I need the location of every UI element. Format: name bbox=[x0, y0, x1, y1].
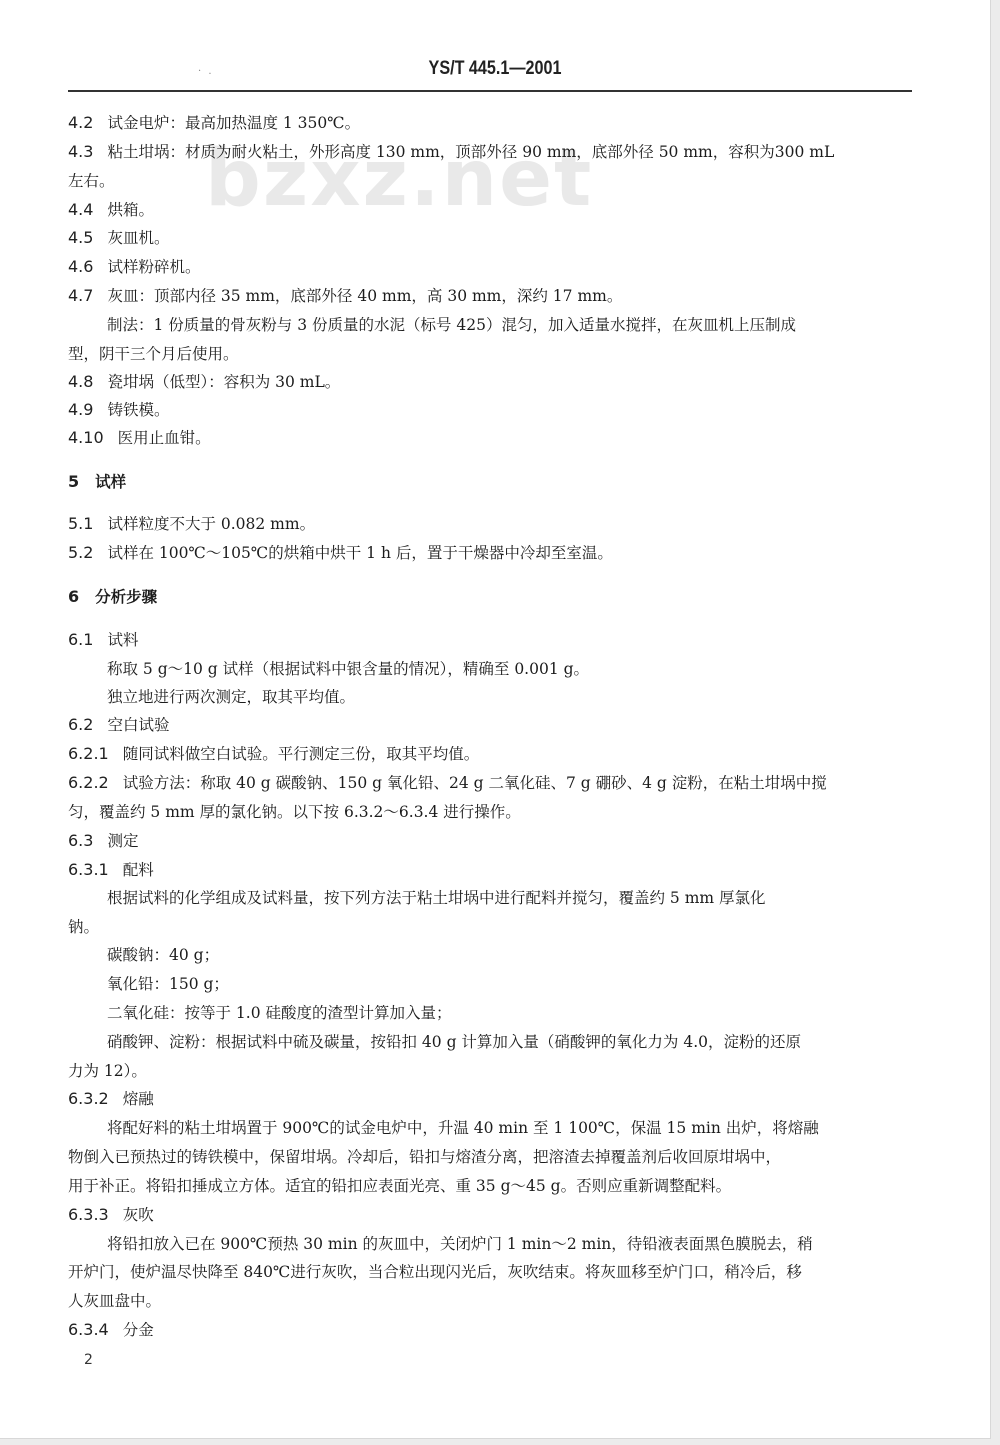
clause-line: 4.7灰皿：顶部内径 35 mm，底部外径 40 mm，高 30 mm，深约 1… bbox=[68, 286, 622, 306]
clause-text: 灰皿：顶部内径 35 mm，底部外径 40 mm，高 30 mm，深约 17 m… bbox=[107, 287, 622, 305]
clause-number: 4.3 bbox=[68, 142, 93, 162]
document-page: · . YS/T 445.1—2001 bzxz.net 4.2试金电炉：最高加… bbox=[0, 0, 991, 1439]
clause-text: 试样在 100℃～105℃的烘箱中烘干 1 h 后，置于干燥器中冷却至室温。 bbox=[107, 544, 612, 562]
clause-text: 根据试料的化学组成及试料量，按下列方法于粘土坩埚中进行配料并搅匀，覆盖约 5 m… bbox=[107, 889, 766, 907]
text-line: 根据试料的化学组成及试料量，按下列方法于粘土坩埚中进行配料并搅匀，覆盖约 5 m… bbox=[107, 888, 766, 908]
clause-text: 硝酸钾、淀粉：根据试料中硫及碳量，按铅扣 40 g 计算加入量（硝酸钾的氧化力为… bbox=[107, 1033, 801, 1051]
clause-line: 4.8瓷坩埚（低型）：容积为 30 mL。 bbox=[68, 372, 340, 392]
clause-line: 6.3.4分金 bbox=[68, 1320, 154, 1340]
section-heading: 5试样 bbox=[68, 472, 126, 492]
standard-code-header: YS/T 445.1—2001 bbox=[74, 58, 916, 80]
clause-text: 制法：1 份质量的骨灰粉与 3 份质量的水泥（标号 425）混匀，加入适量水搅拌… bbox=[107, 316, 796, 334]
text-line: 碳酸钠：40 g； bbox=[107, 945, 219, 965]
clause-text: 独立地进行两次测定，取其平均值。 bbox=[107, 688, 355, 706]
clause-text: 试样粉碎机。 bbox=[107, 258, 200, 276]
clause-text: 粘土坩埚：材质为耐火粘土，外形高度 130 mm，顶部外径 90 mm，底部外径… bbox=[107, 143, 834, 161]
clause-line: 4.5灰皿机。 bbox=[68, 228, 169, 248]
text-line: 用于补正。将铅扣捶成立方体。适宜的铅扣应表面光亮、重 35 g～45 g。否则应… bbox=[68, 1176, 731, 1196]
clause-number: 6.3.1 bbox=[68, 860, 109, 880]
clause-text: 配料 bbox=[123, 861, 154, 879]
clause-text: 人灰皿盘中。 bbox=[68, 1292, 161, 1310]
clause-text: 氧化铅：150 g； bbox=[107, 975, 229, 993]
clause-number: 4.9 bbox=[68, 400, 93, 420]
clause-text: 熔融 bbox=[123, 1090, 154, 1108]
clause-text: 瓷坩埚（低型）：容积为 30 mL。 bbox=[107, 373, 340, 391]
text-line: 左右。 bbox=[68, 171, 115, 191]
text-line: 二氧化硅：按等于 1.0 硅酸度的渣型计算加入量； bbox=[107, 1003, 452, 1023]
clause-number: 6 bbox=[68, 587, 79, 607]
clause-number: 4.2 bbox=[68, 113, 93, 133]
text-line: 匀，覆盖约 5 mm 厚的氯化钠。以下按 6.3.2～6.3.4 进行操作。 bbox=[68, 802, 521, 822]
text-line: 制法：1 份质量的骨灰粉与 3 份质量的水泥（标号 425）混匀，加入适量水搅拌… bbox=[107, 315, 796, 335]
clause-line: 6.3.2熔融 bbox=[68, 1089, 154, 1109]
clause-number: 6.3.2 bbox=[68, 1089, 109, 1109]
clause-text: 铸铁模。 bbox=[107, 401, 169, 419]
text-line: 将铅扣放入已在 900℃预热 30 min 的灰皿中，关闭炉门 1 min～2 … bbox=[107, 1234, 813, 1254]
clause-text: 灰皿机。 bbox=[107, 229, 169, 247]
clause-line: 4.10医用止血钳。 bbox=[68, 428, 211, 448]
clause-text: 测定 bbox=[107, 832, 138, 850]
clause-text: 称取 5 g～10 g 试样（根据试料中银含量的情况），精确至 0.001 g。 bbox=[107, 660, 589, 678]
clause-text: 试金电炉：最高加热温度 1 350℃。 bbox=[107, 114, 360, 132]
clause-number: 5.2 bbox=[68, 543, 93, 563]
clause-number: 5.1 bbox=[68, 514, 93, 534]
section-heading: 6分析步骤 bbox=[68, 587, 157, 607]
clause-text: 试样 bbox=[95, 473, 126, 491]
page-number: 2 bbox=[84, 1352, 93, 1368]
clause-text: 钠。 bbox=[68, 918, 99, 936]
clause-line: 4.2试金电炉：最高加热温度 1 350℃。 bbox=[68, 113, 360, 133]
text-line: 物倒入已预热过的铸铁模中，保留坩埚。冷却后，铅扣与熔渣分离，把溶渣去掉覆盖剂后收… bbox=[68, 1147, 781, 1167]
clause-text: 物倒入已预热过的铸铁模中，保留坩埚。冷却后，铅扣与熔渣分离，把溶渣去掉覆盖剂后收… bbox=[68, 1148, 781, 1166]
clause-text: 试样粒度不大于 0.082 mm。 bbox=[107, 515, 315, 533]
text-line: 人灰皿盘中。 bbox=[68, 1291, 161, 1311]
clause-number: 4.6 bbox=[68, 257, 93, 277]
clause-number: 4.7 bbox=[68, 286, 93, 306]
clause-text: 将配好料的粘土坩埚置于 900℃的试金电炉中，升温 40 min 至 1 100… bbox=[107, 1119, 819, 1137]
clause-line: 6.3.1配料 bbox=[68, 860, 154, 880]
clause-text: 医用止血钳。 bbox=[118, 429, 211, 447]
clause-line: 5.1试样粒度不大于 0.082 mm。 bbox=[68, 514, 315, 534]
clause-number: 5 bbox=[68, 472, 79, 492]
clause-line: 4.3粘土坩埚：材质为耐火粘土，外形高度 130 mm，顶部外径 90 mm，底… bbox=[68, 142, 834, 162]
clause-number: 6.1 bbox=[68, 630, 93, 650]
clause-line: 6.2.1随同试料做空白试验。平行测定三份，取其平均值。 bbox=[68, 744, 479, 764]
text-line: 氧化铅：150 g； bbox=[107, 974, 229, 994]
clause-text: 左右。 bbox=[68, 172, 115, 190]
clause-text: 型，阴干三个月后使用。 bbox=[68, 345, 239, 363]
clause-number: 4.4 bbox=[68, 200, 93, 220]
clause-text: 分金 bbox=[123, 1321, 154, 1339]
clause-line: 6.3测定 bbox=[68, 831, 138, 851]
clause-text: 分析步骤 bbox=[95, 588, 157, 606]
clause-number: 6.3.4 bbox=[68, 1320, 109, 1340]
clause-number: 4.5 bbox=[68, 228, 93, 248]
text-line: 力为 12）。 bbox=[68, 1061, 147, 1081]
clause-text: 匀，覆盖约 5 mm 厚的氯化钠。以下按 6.3.2～6.3.4 进行操作。 bbox=[68, 803, 521, 821]
text-line: 独立地进行两次测定，取其平均值。 bbox=[107, 687, 355, 707]
clause-number: 6.3.3 bbox=[68, 1205, 109, 1225]
text-line: 钠。 bbox=[68, 917, 99, 937]
clause-line: 6.2.2试验方法：称取 40 g 碳酸钠、150 g 氧化铅、24 g 二氧化… bbox=[68, 773, 827, 793]
clause-line: 6.3.3灰吹 bbox=[68, 1205, 154, 1225]
clause-text: 将铅扣放入已在 900℃预热 30 min 的灰皿中，关闭炉门 1 min～2 … bbox=[107, 1235, 813, 1253]
clause-text: 用于补正。将铅扣捶成立方体。适宜的铅扣应表面光亮、重 35 g～45 g。否则应… bbox=[68, 1177, 731, 1195]
text-line: 硝酸钾、淀粉：根据试料中硫及碳量，按铅扣 40 g 计算加入量（硝酸钾的氧化力为… bbox=[107, 1032, 801, 1052]
clause-line: 4.6试样粉碎机。 bbox=[68, 257, 200, 277]
header-rule bbox=[68, 90, 912, 92]
clause-text: 碳酸钠：40 g； bbox=[107, 946, 219, 964]
clause-text: 试验方法：称取 40 g 碳酸钠、150 g 氧化铅、24 g 二氧化硅、7 g… bbox=[123, 774, 827, 792]
clause-text: 二氧化硅：按等于 1.0 硅酸度的渣型计算加入量； bbox=[107, 1004, 452, 1022]
clause-text: 空白试验 bbox=[107, 716, 169, 734]
clause-text: 试料 bbox=[107, 631, 138, 649]
text-line: 称取 5 g～10 g 试样（根据试料中银含量的情况），精确至 0.001 g。 bbox=[107, 659, 589, 679]
clause-text: 力为 12）。 bbox=[68, 1062, 147, 1080]
clause-text: 灰吹 bbox=[123, 1206, 154, 1224]
clause-number: 6.2.2 bbox=[68, 773, 109, 793]
clause-line: 6.1试料 bbox=[68, 630, 138, 650]
clause-number: 4.8 bbox=[68, 372, 93, 392]
clause-number: 4.10 bbox=[68, 428, 104, 448]
clause-line: 5.2试样在 100℃～105℃的烘箱中烘干 1 h 后，置于干燥器中冷却至室温… bbox=[68, 543, 613, 563]
clause-text: 随同试料做空白试验。平行测定三份，取其平均值。 bbox=[123, 745, 480, 763]
text-line: 型，阴干三个月后使用。 bbox=[68, 344, 239, 364]
clause-line: 4.9铸铁模。 bbox=[68, 400, 169, 420]
clause-text: 烘箱。 bbox=[107, 201, 154, 219]
clause-number: 6.2 bbox=[68, 715, 93, 735]
text-line: 将配好料的粘土坩埚置于 900℃的试金电炉中，升温 40 min 至 1 100… bbox=[107, 1118, 819, 1138]
clause-number: 6.2.1 bbox=[68, 744, 109, 764]
clause-line: 4.4烘箱。 bbox=[68, 200, 154, 220]
clause-number: 6.3 bbox=[68, 831, 93, 851]
clause-text: 开炉门，使炉温尽快降至 840℃进行灰吹，当合粒出现闪光后，灰吹结束。将灰皿移至… bbox=[68, 1263, 802, 1281]
text-line: 开炉门，使炉温尽快降至 840℃进行灰吹，当合粒出现闪光后，灰吹结束。将灰皿移至… bbox=[68, 1262, 802, 1282]
clause-line: 6.2空白试验 bbox=[68, 715, 169, 735]
